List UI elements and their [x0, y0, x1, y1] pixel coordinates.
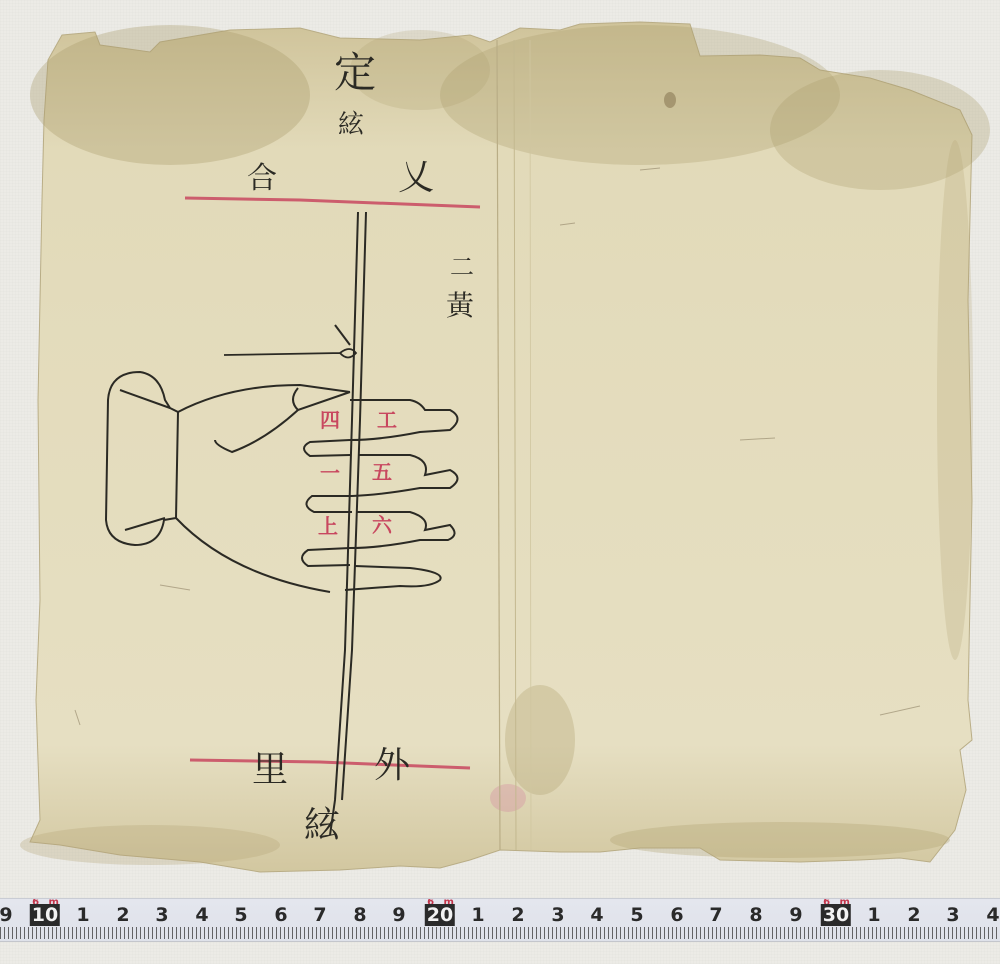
title-character: 定 — [334, 52, 376, 94]
measuring-tape: 9 6 m 10 1 2 3 4 5 6 7 8 9 6 m 20 1 2 3 … — [0, 898, 1000, 942]
ruler-number: 3 — [155, 904, 168, 926]
side-note-2: 黃 — [446, 292, 474, 320]
ruler-number: 3 — [946, 904, 959, 926]
ruler-number: 9 — [0, 904, 13, 926]
ruler-number: 9 — [392, 904, 405, 926]
label-top-left: 合 — [247, 164, 277, 194]
finger-label-left-1: 四 — [320, 410, 340, 430]
bottom-string-mark: 絃 — [304, 808, 340, 844]
ruler-number: 2 — [511, 904, 524, 926]
ruler-number: 8 — [353, 904, 366, 926]
ruler-major-20: 20 — [425, 904, 455, 926]
manuscript-sheet — [0, 0, 1000, 964]
finger-label-left-3: 上 — [318, 516, 338, 536]
ruler-number: 4 — [195, 904, 208, 926]
subtitle-character: 絃 — [338, 112, 364, 138]
ruler-number: 9 — [789, 904, 802, 926]
ruler-number: 8 — [749, 904, 762, 926]
ruler-number: 4 — [986, 904, 999, 926]
finger-label-left-2: 一 — [320, 463, 340, 483]
ruler-number: 4 — [590, 904, 603, 926]
ruler-number: 5 — [630, 904, 643, 926]
ruler-number: 6 — [274, 904, 287, 926]
ruler-number: 7 — [709, 904, 722, 926]
finger-label-right-3: 六 — [372, 515, 392, 535]
ruler-number: 2 — [116, 904, 129, 926]
ruler-number: 1 — [867, 904, 880, 926]
label-bottom-right: 外 — [374, 748, 410, 784]
ruler-major-30: 30 — [821, 904, 851, 926]
ruler-major-10: 10 — [30, 904, 60, 926]
finger-label-right-1: 工 — [377, 410, 397, 430]
finger-label-right-2: 五 — [372, 462, 392, 482]
ruler-number: 3 — [551, 904, 564, 926]
side-note-1: 二 — [450, 255, 474, 279]
ruler-number: 1 — [76, 904, 89, 926]
ruler-number: 1 — [471, 904, 484, 926]
label-top-right: 乂 — [398, 160, 434, 196]
ruler-number: 2 — [907, 904, 920, 926]
ruler-number: 5 — [234, 904, 247, 926]
ruler-minor-ticks — [0, 927, 1000, 939]
ruler-number: 6 — [670, 904, 683, 926]
ruler-number: 7 — [313, 904, 326, 926]
label-bottom-left: 里 — [252, 752, 288, 788]
